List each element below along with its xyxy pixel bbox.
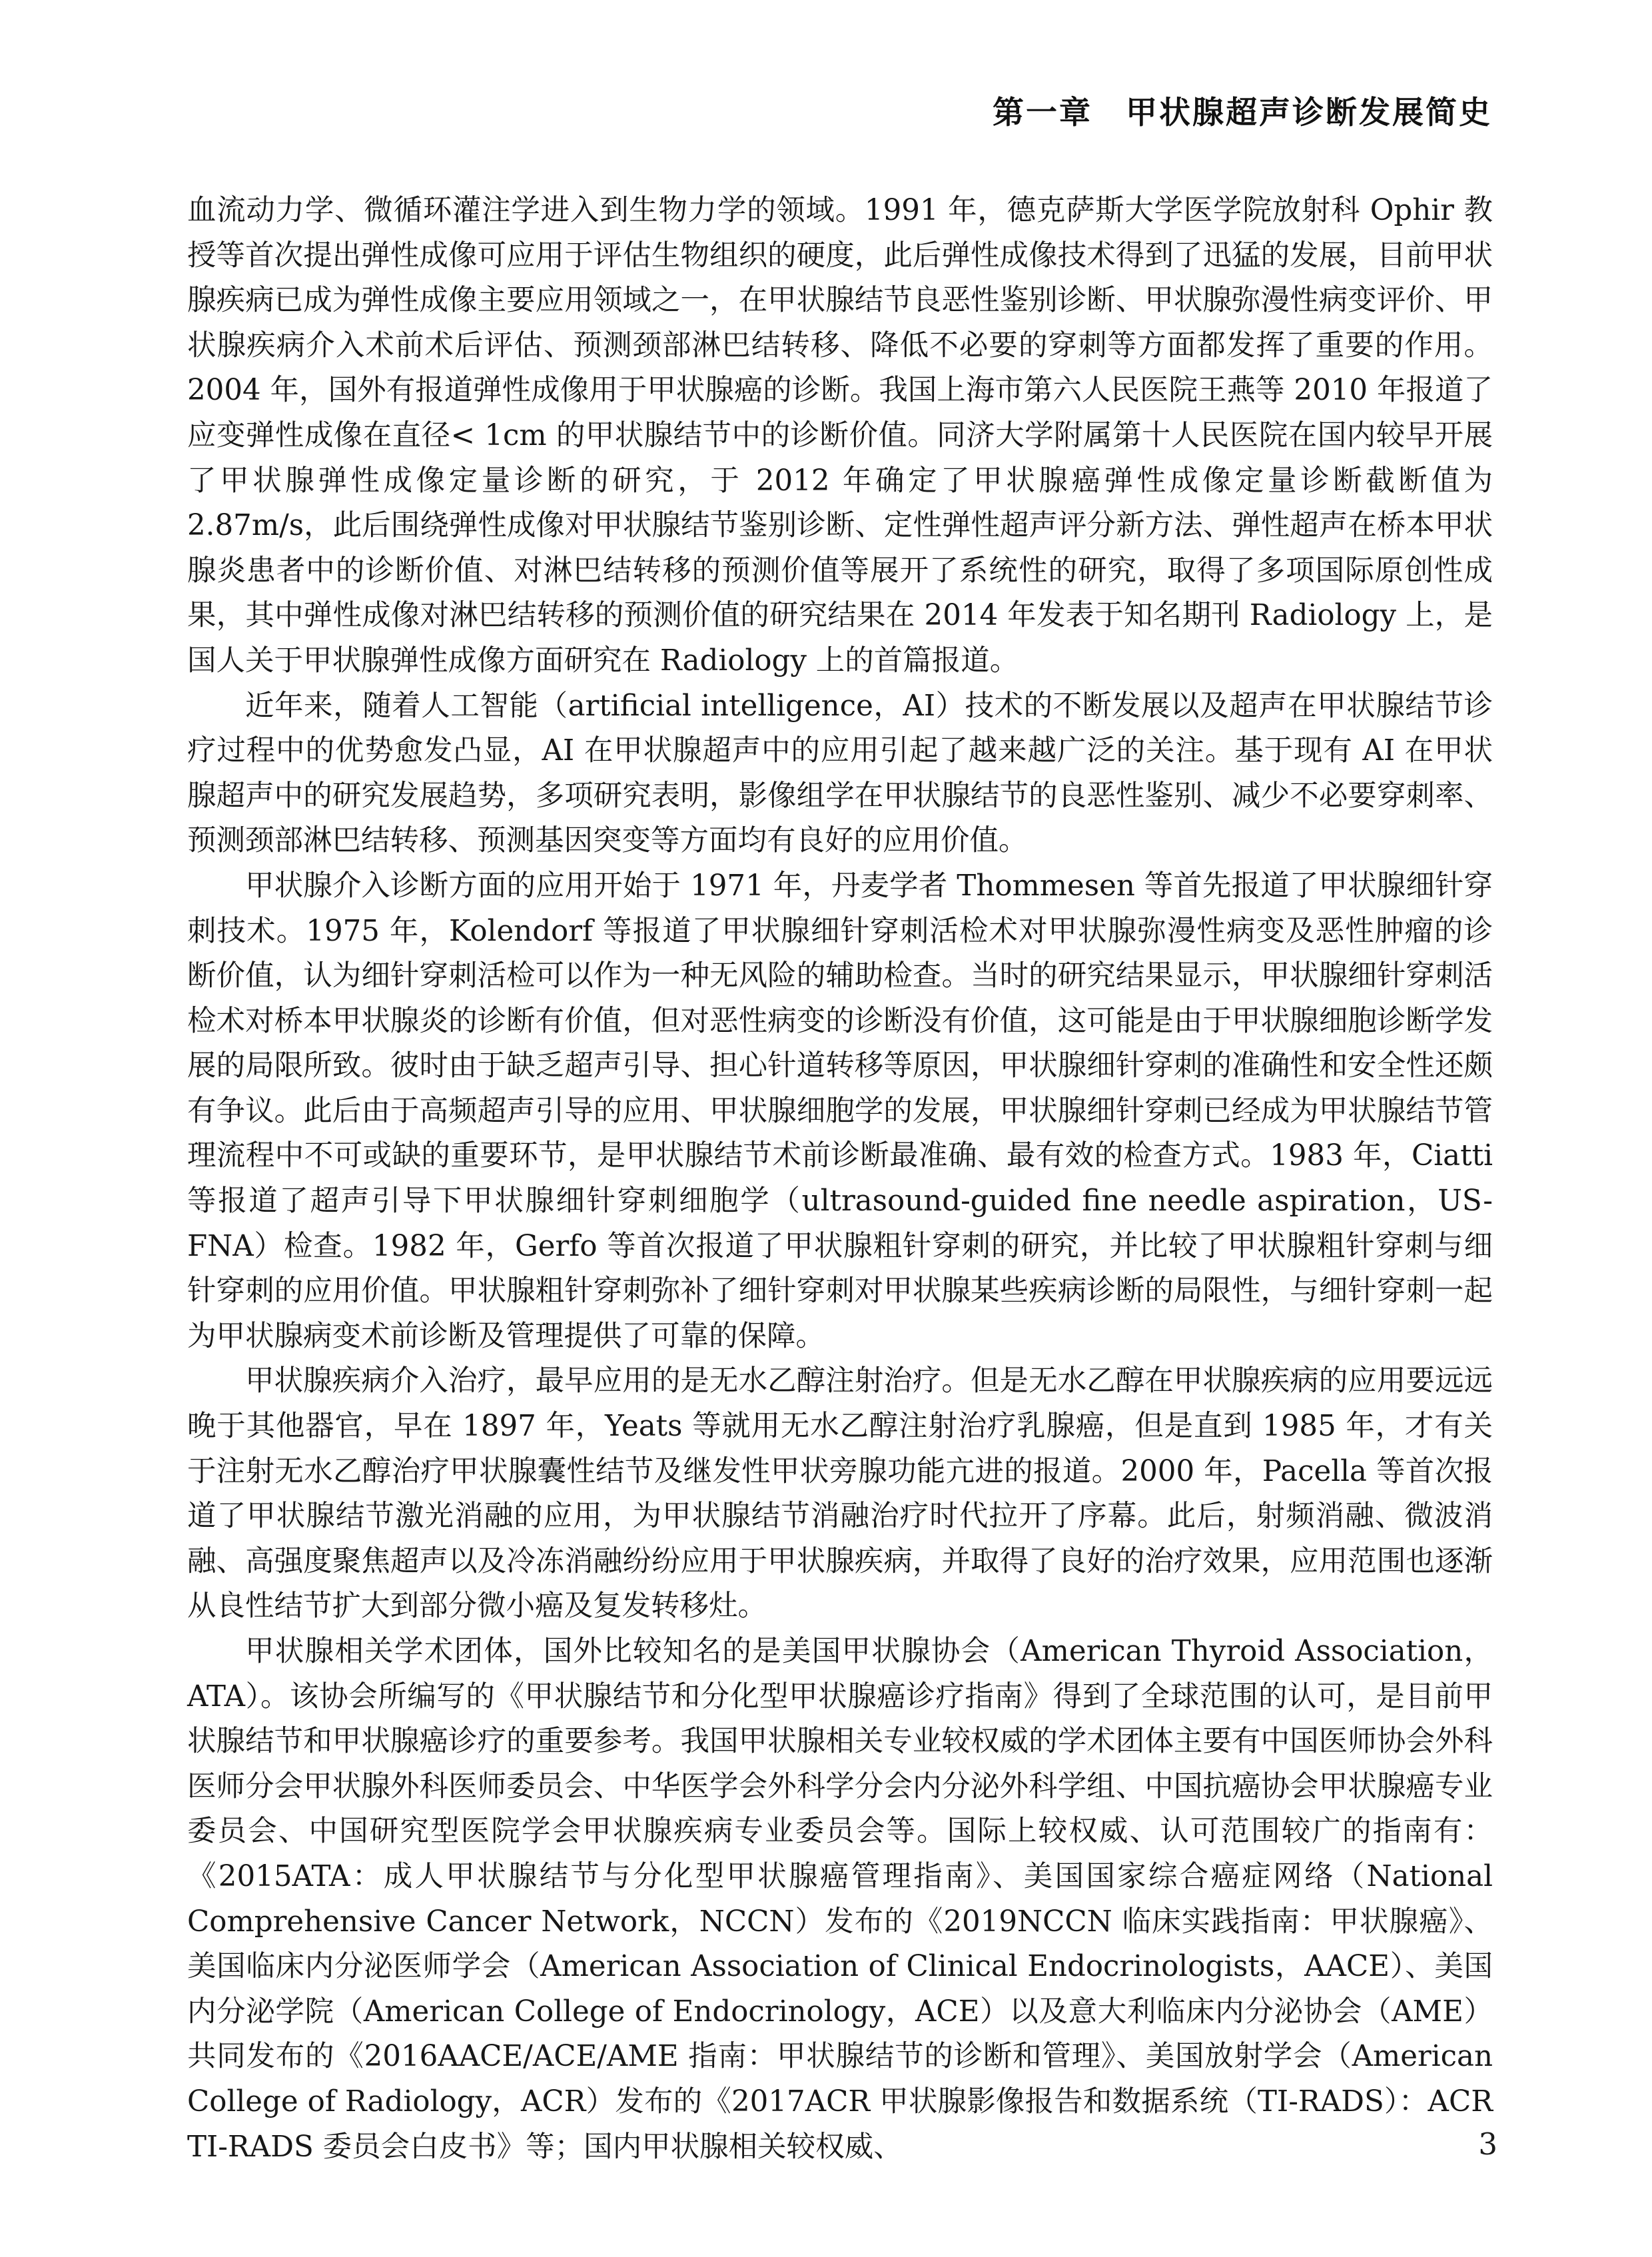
chapter-header: 第一章 甲状腺超声诊断发展简史: [187, 88, 1492, 133]
body-text-block: 血流动力学、微循环灌注学进入到生物力学的领域。1991 年，德克萨斯大学医学院放…: [187, 189, 1493, 2170]
body-paragraph-2: 近年来，随着人工智能（artificial intelligence，AI）技术…: [187, 684, 1493, 864]
body-paragraph-1: 血流动力学、微循环灌注学进入到生物力学的领域。1991 年，德克萨斯大学医学院放…: [187, 189, 1493, 684]
body-paragraph-5: 甲状腺相关学术团体，国外比较知名的是美国甲状腺协会（American Thyro…: [187, 1629, 1493, 2170]
page-number: 3: [187, 2126, 1497, 2162]
body-paragraph-4: 甲状腺疾病介入治疗，最早应用的是无水乙醇注射治疗。但是无水乙醇在甲状腺疾病的应用…: [187, 1359, 1493, 1629]
document-page: 第一章 甲状腺超声诊断发展简史 血流动力学、微循环灌注学进入到生物力学的领域。1…: [0, 0, 1652, 2257]
body-paragraph-3: 甲状腺介入诊断方面的应用开始于 1971 年，丹麦学者 Thommesen 等首…: [187, 864, 1493, 1360]
